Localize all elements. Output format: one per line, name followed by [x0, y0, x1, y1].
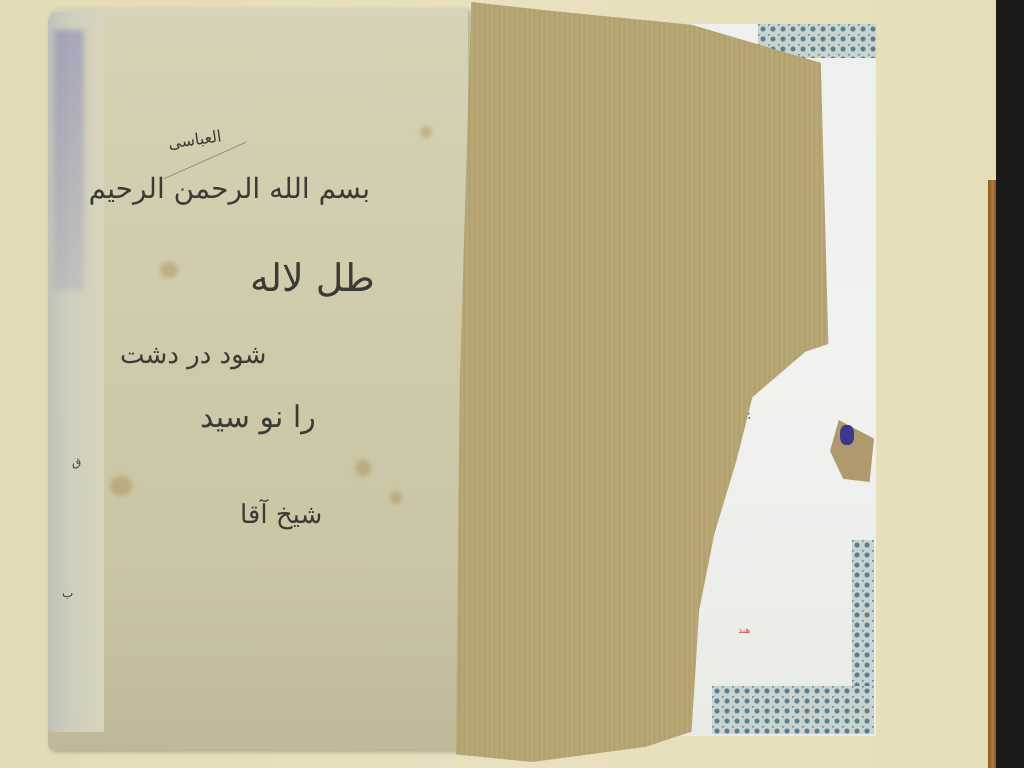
ink-stain	[54, 30, 84, 290]
margin-mark: ق	[72, 455, 81, 469]
left-manuscript-page	[48, 8, 468, 750]
red-stamp: ﻫﻨﺪ	[738, 626, 762, 636]
foxing-spot	[420, 126, 432, 138]
margin-mark: ب	[62, 586, 73, 600]
foxing-spot	[160, 262, 178, 278]
handwritten-line: طل لاله	[250, 256, 375, 300]
handwritten-line: را نو سید	[200, 400, 316, 435]
dark-background	[996, 0, 1024, 768]
patterned-border	[712, 686, 874, 734]
purple-stain	[840, 425, 854, 445]
handwritten-line: شود در دشت	[120, 340, 266, 370]
foxing-spot	[110, 476, 132, 496]
handwritten-signature: شیخ آقا	[240, 500, 322, 530]
foxing-spot	[355, 460, 371, 476]
handwritten-bismillah: بسم الله الرحمن الرحيم	[130, 172, 370, 205]
foxing-spot	[390, 492, 402, 504]
